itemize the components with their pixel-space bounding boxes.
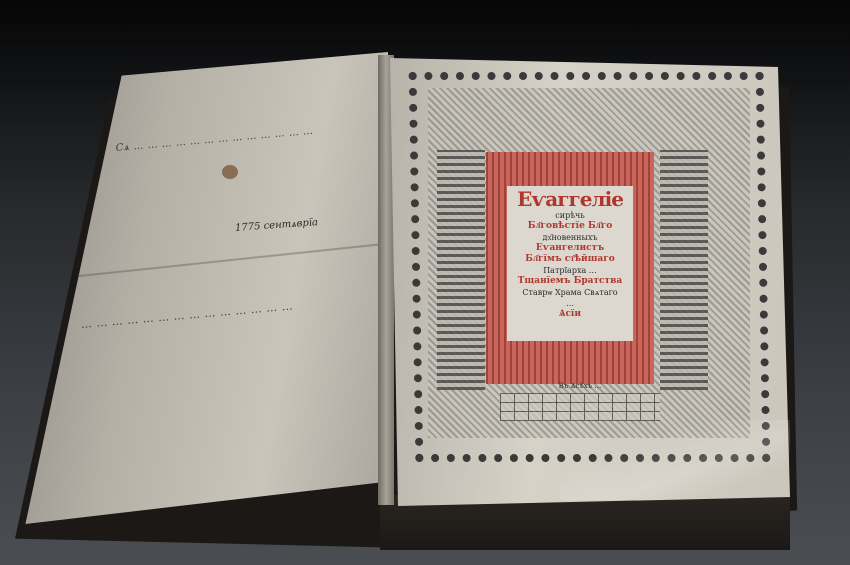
title-line: дх҃новенныхъ: [507, 232, 633, 243]
title-line: Тщанїемъ Братства: [507, 276, 633, 287]
title-line: Ѧсїи: [507, 309, 633, 320]
photo-scene: Сѧ … … … … … … … … … … … … … 1775 сентѧв…: [0, 0, 850, 565]
title-line: сирѣчь: [507, 210, 633, 221]
left-column-ornament: [437, 150, 485, 390]
light-reflection: [560, 420, 790, 500]
title-line: Ставрѡ Храма Свѧтаго: [507, 287, 633, 298]
ink-stain: [222, 165, 238, 179]
title-line: Бл҃гїмъ ст҃ѣйшаго: [507, 254, 633, 265]
title-line: Еѵангелистъ: [507, 243, 633, 254]
tiled-floor-woodcut: [500, 393, 660, 421]
title-line: Бл҃говѣстїе Бл҃го: [507, 221, 633, 232]
title-line: …: [507, 298, 633, 309]
imprint-line: Въ Ѧсѣхъ …: [510, 382, 650, 390]
title-text-panel: Еѵаггеліе сирѣчь Бл҃говѣстїе Бл҃го дх҃но…: [507, 186, 633, 341]
title-line: Патрїарха …: [507, 265, 633, 276]
right-column-ornament: [660, 150, 708, 390]
book-title: Еѵаггеліе: [507, 188, 633, 210]
